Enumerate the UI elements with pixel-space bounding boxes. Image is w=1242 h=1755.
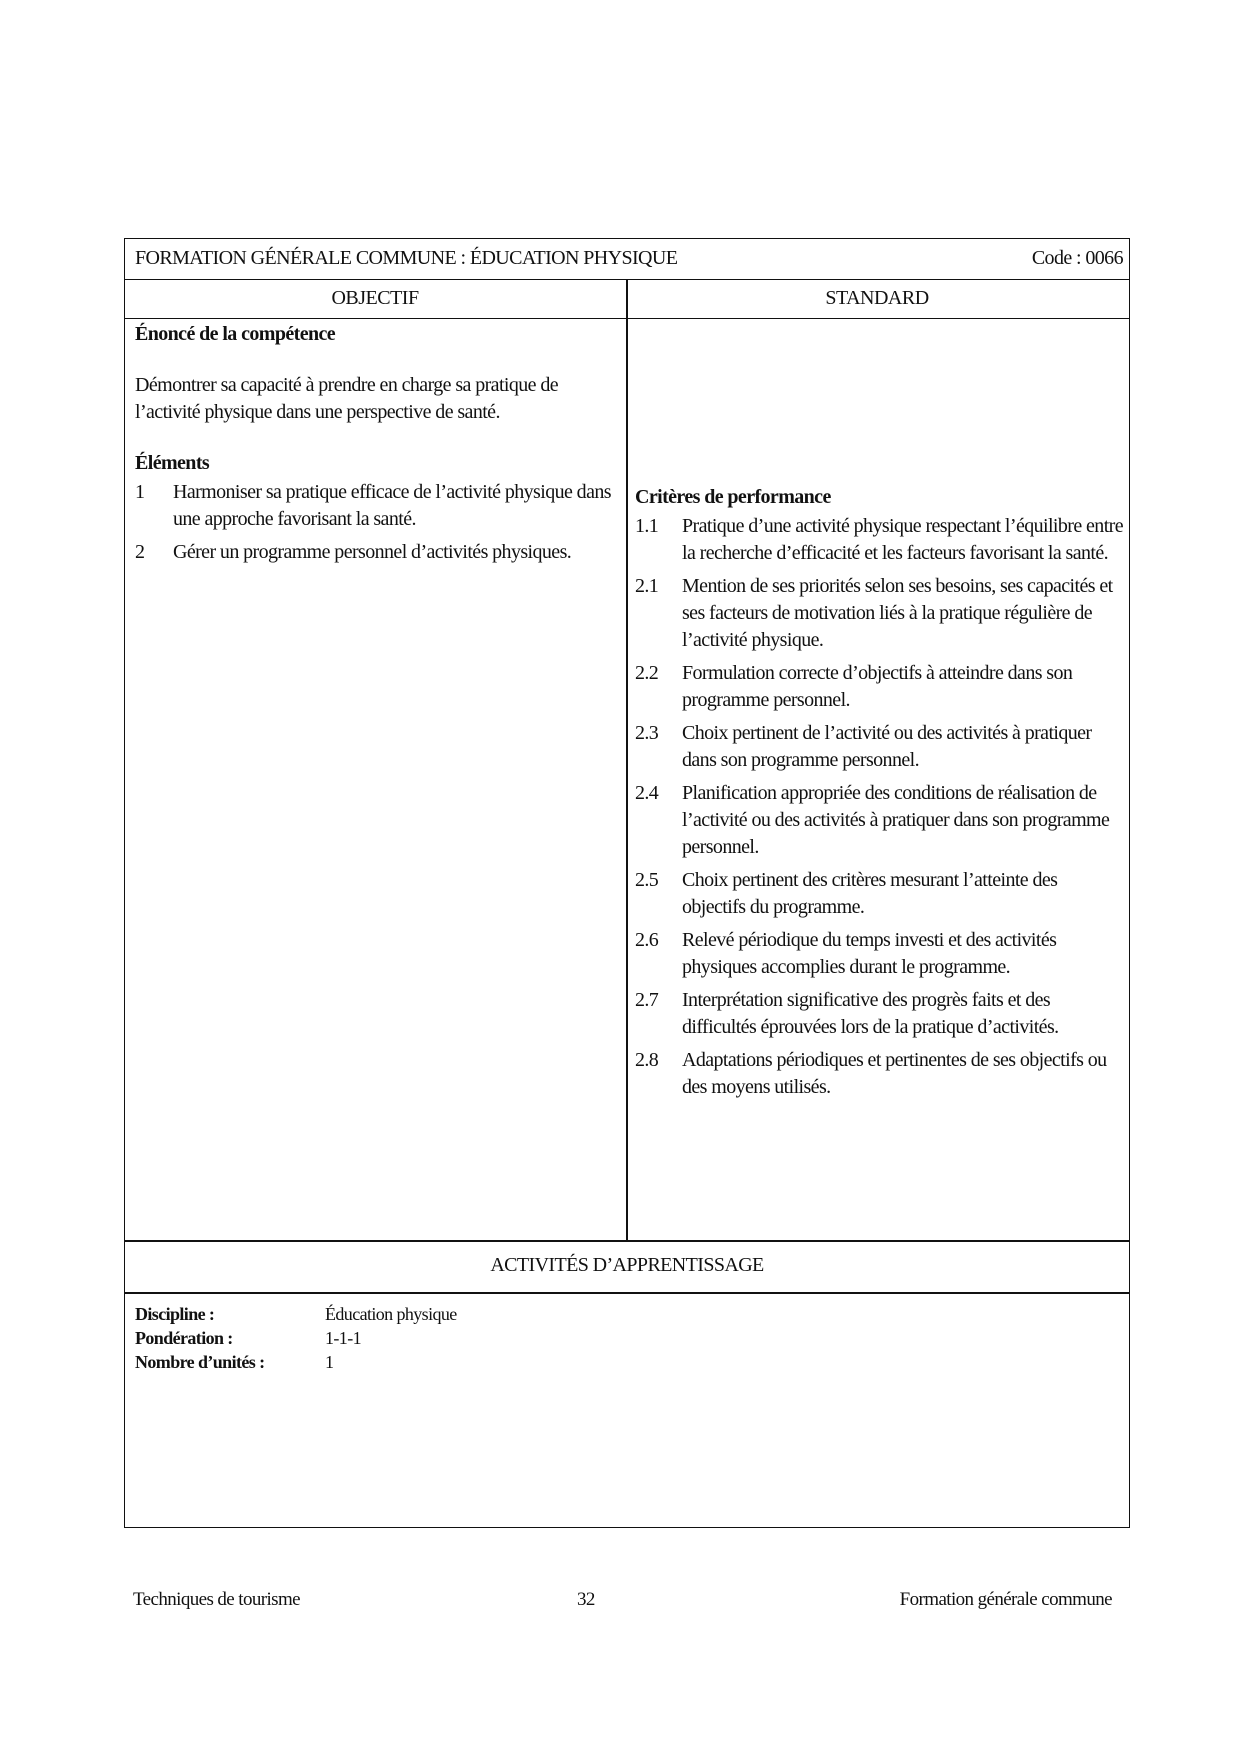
objectif-column: Énoncé de la compétence Démontrer sa cap… [135, 321, 615, 572]
criterion-number: 2.7 [635, 987, 682, 1041]
criteria-heading: Critères de performance [635, 484, 1123, 511]
criterion-text: Adaptations périodiques et pertinentes d… [682, 1047, 1123, 1101]
units-row: Nombre d’unités : 1 [135, 1350, 457, 1374]
table-title: FORMATION GÉNÉRALE COMMUNE : ÉDUCATION P… [135, 245, 677, 272]
elements-heading: Éléments [135, 450, 615, 477]
discipline-row: Discipline : Éducation physique [135, 1302, 457, 1326]
element-number: 2 [135, 539, 173, 566]
units-value: 1 [325, 1350, 333, 1374]
element-text: Gérer un programme personnel d’activités… [173, 539, 615, 566]
criterion-number: 2.4 [635, 780, 682, 861]
criterion-item: 2.1 Mention de ses priorités selon ses b… [635, 573, 1123, 654]
column-header-objectif: OBJECTIF [125, 285, 625, 312]
criterion-item: 1.1 Pratique d’une activité physique res… [635, 513, 1123, 567]
ponderation-row: Pondération : 1-1-1 [135, 1326, 457, 1350]
criterion-item: 2.5 Choix pertinent des critères mesuran… [635, 867, 1123, 921]
discipline-label: Discipline : [135, 1302, 325, 1326]
competency-table: FORMATION GÉNÉRALE COMMUNE : ÉDUCATION P… [124, 238, 1130, 1528]
element-number: 1 [135, 479, 173, 533]
activities-details: Discipline : Éducation physique Pondérat… [135, 1302, 457, 1374]
criterion-number: 2.8 [635, 1047, 682, 1101]
criterion-text: Interprétation significative des progrès… [682, 987, 1123, 1041]
criterion-number: 2.2 [635, 660, 682, 714]
criterion-text: Relevé périodique du temps investi et de… [682, 927, 1123, 981]
criterion-item: 2.2 Formulation correcte d’objectifs à a… [635, 660, 1123, 714]
element-item: 1 Harmoniser sa pratique efficace de l’a… [135, 479, 615, 533]
discipline-value: Éducation physique [325, 1302, 457, 1326]
criterion-text: Pratique d’une activité physique respect… [682, 513, 1123, 567]
criterion-number: 2.5 [635, 867, 682, 921]
criterion-number: 2.3 [635, 720, 682, 774]
element-text: Harmoniser sa pratique efficace de l’act… [173, 479, 615, 533]
criterion-item: 2.7 Interprétation significative des pro… [635, 987, 1123, 1041]
element-item: 2 Gérer un programme personnel d’activit… [135, 539, 615, 566]
column-divider [626, 280, 628, 1240]
course-code: Code : 0066 [1032, 245, 1123, 272]
ponderation-label: Pondération : [135, 1326, 325, 1350]
ponderation-value: 1-1-1 [325, 1326, 361, 1350]
criterion-number: 2.1 [635, 573, 682, 654]
column-header-standard: STANDARD [627, 285, 1127, 312]
enonce-heading: Énoncé de la compétence [135, 321, 615, 348]
footer-section: Formation générale commune [900, 1586, 1112, 1613]
activities-section-header: ACTIVITÉS D’APPRENTISSAGE [125, 1240, 1129, 1294]
criterion-item: 2.4 Planification appropriée des conditi… [635, 780, 1123, 861]
page-number: 32 [577, 1586, 595, 1613]
criterion-text: Choix pertinent des critères mesurant l’… [682, 867, 1123, 921]
criterion-text: Planification appropriée des conditions … [682, 780, 1123, 861]
criterion-item: 2.6 Relevé périodique du temps investi e… [635, 927, 1123, 981]
enonce-text: Démontrer sa capacité à prendre en charg… [135, 372, 615, 426]
activities-title: ACTIVITÉS D’APPRENTISSAGE [125, 1242, 1129, 1279]
criterion-text: Choix pertinent de l’activité ou des act… [682, 720, 1123, 774]
criterion-text: Formulation correcte d’objectifs à attei… [682, 660, 1123, 714]
table-title-row: FORMATION GÉNÉRALE COMMUNE : ÉDUCATION P… [125, 239, 1129, 280]
standard-column: Critères de performance 1.1 Pratique d’u… [635, 484, 1123, 1107]
criterion-text: Mention de ses priorités selon ses besoi… [682, 573, 1123, 654]
criterion-item: 2.3 Choix pertinent de l’activité ou des… [635, 720, 1123, 774]
criterion-number: 2.6 [635, 927, 682, 981]
criterion-item: 2.8 Adaptations périodiques et pertinent… [635, 1047, 1123, 1101]
footer-program: Techniques de tourisme [133, 1586, 300, 1613]
units-label: Nombre d’unités : [135, 1350, 325, 1374]
criterion-number: 1.1 [635, 513, 682, 567]
